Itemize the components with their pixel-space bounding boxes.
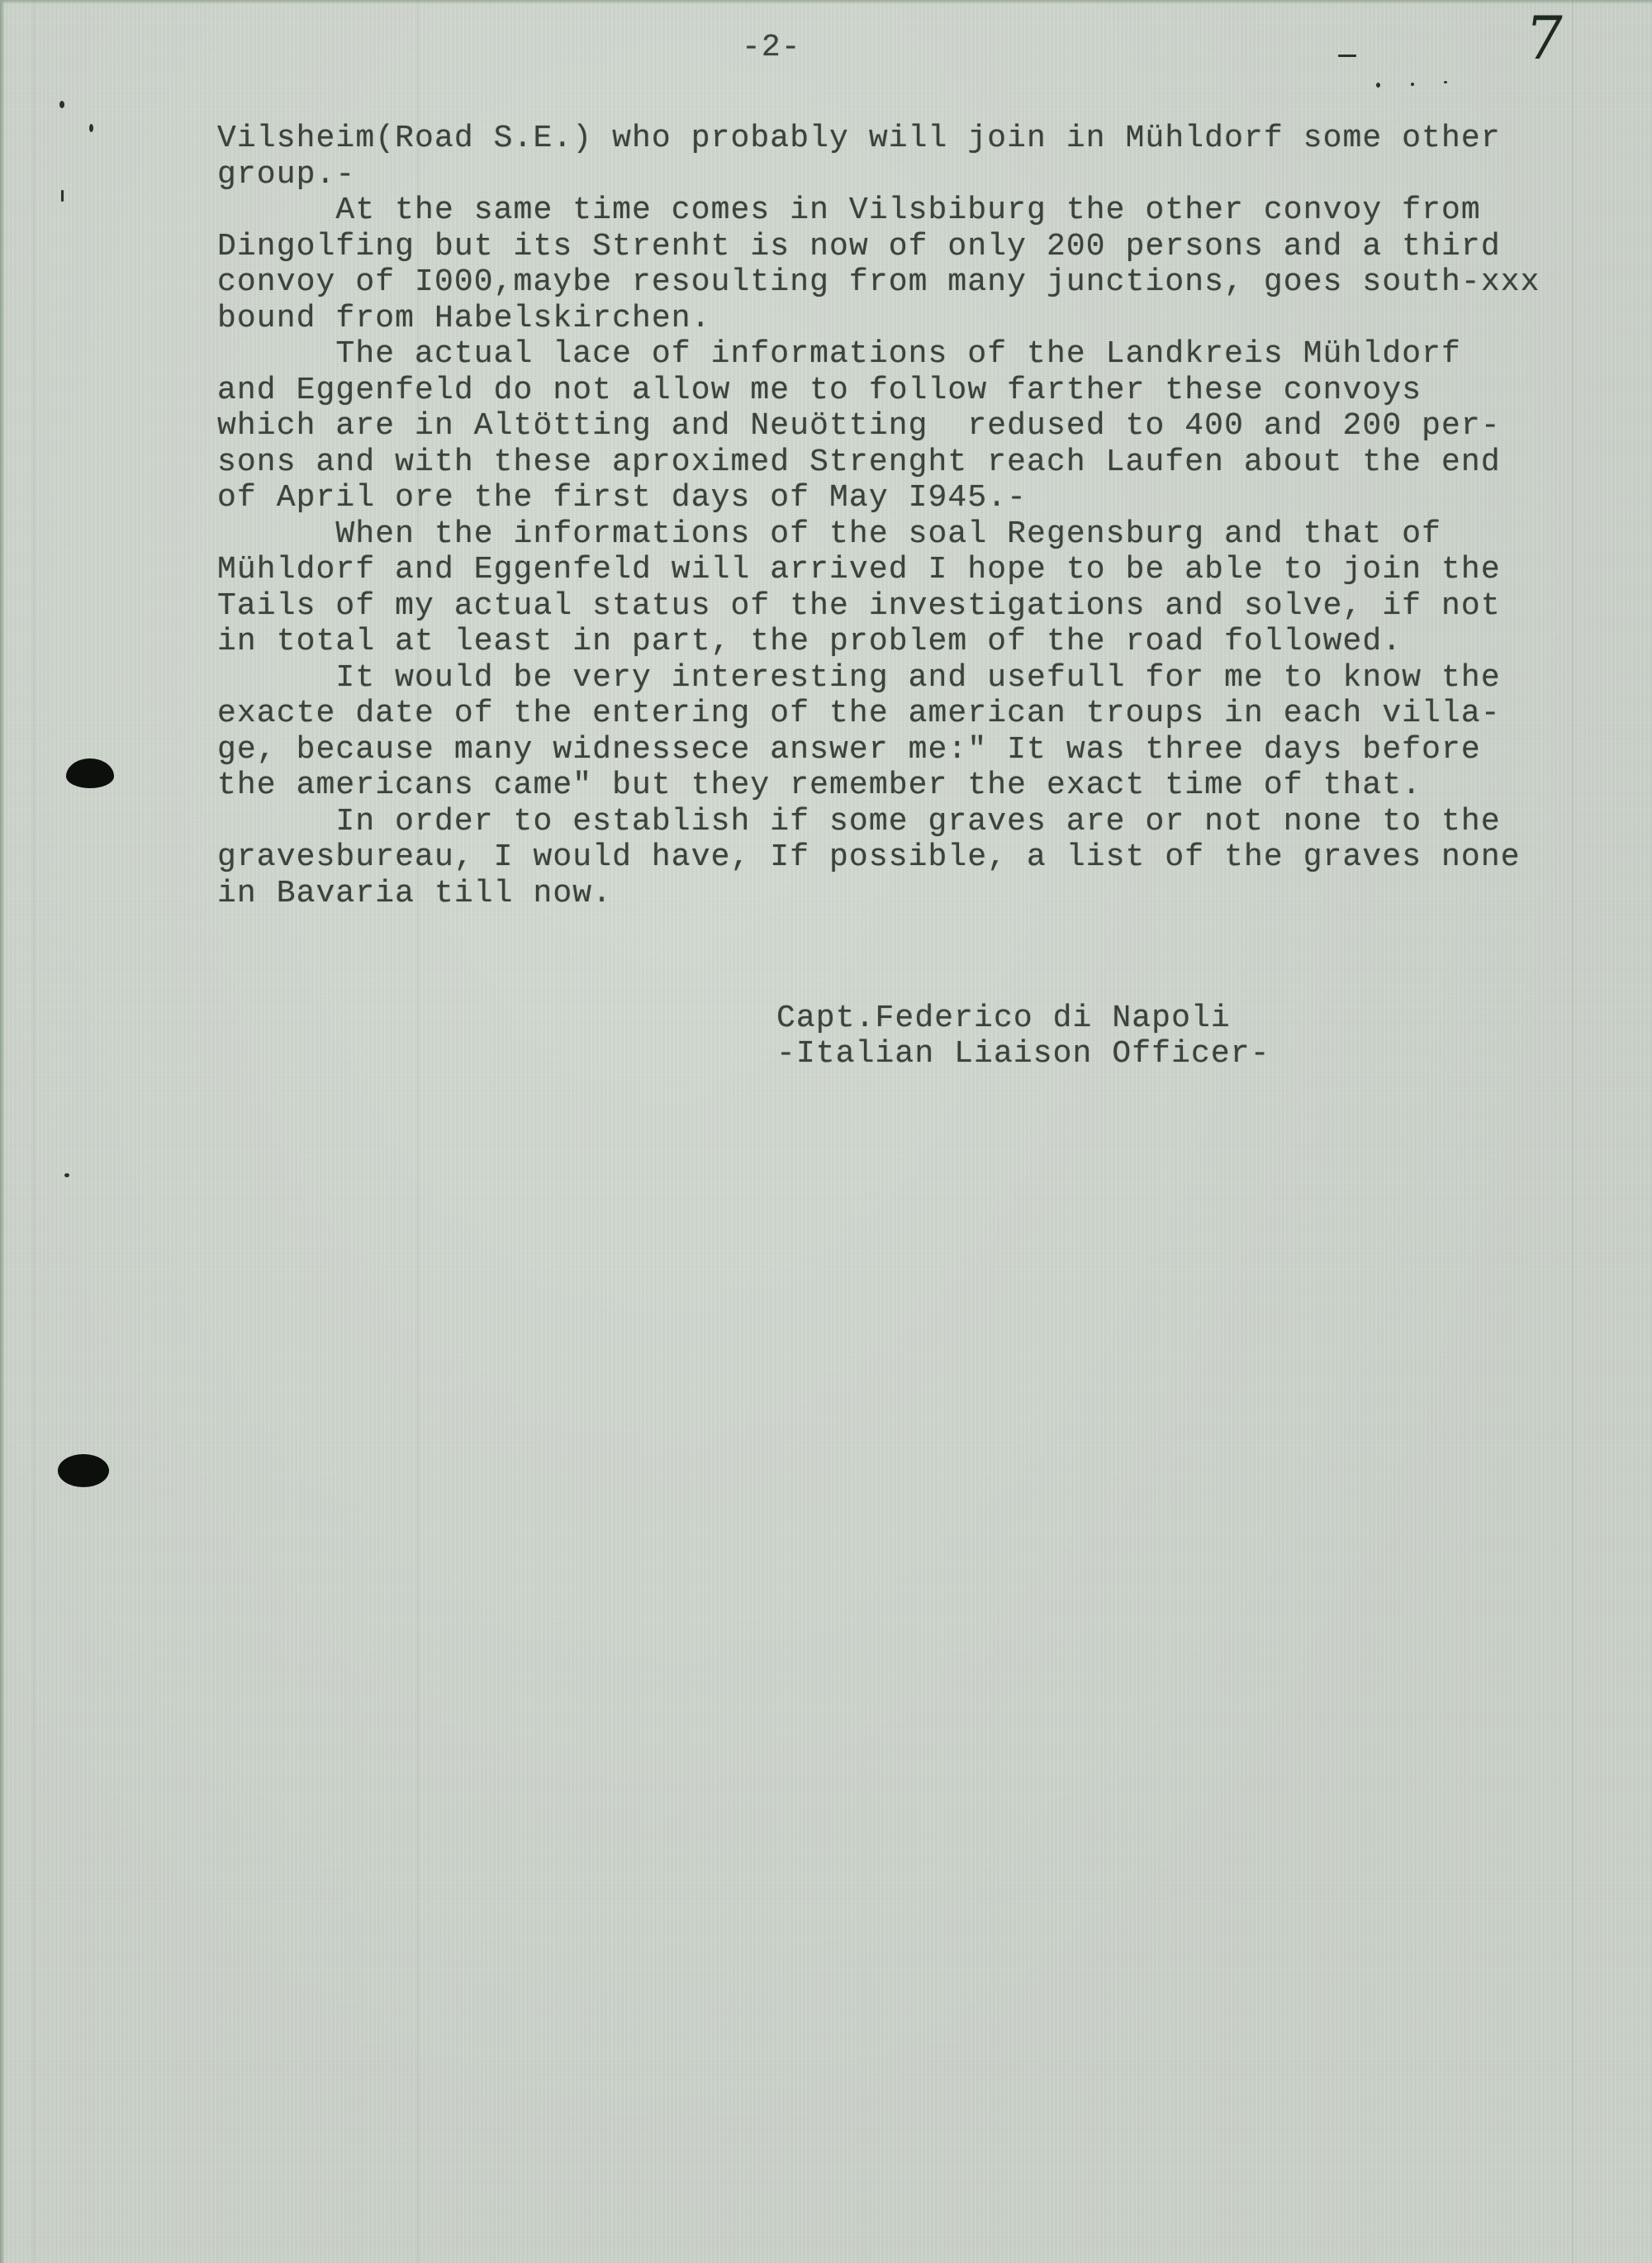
text-line: in Bavaria till now.: [217, 876, 1621, 912]
paragraph: It would be very interesting and usefull…: [217, 660, 1621, 804]
margin-mark: [64, 1173, 69, 1177]
signature-block: Capt.Federico di Napoli -Italian Liaison…: [776, 1001, 1270, 1072]
text-line: Vilsheim(Road S.E.) who probably will jo…: [217, 121, 1621, 157]
text-line: At the same time comes in Vilsbiburg the…: [217, 193, 1621, 229]
text-line: Mühldorf and Eggenfeld will arrived I ho…: [217, 552, 1621, 588]
text-line: of April ore the first days of May I945.…: [217, 480, 1621, 516]
text-line: in total at least in part, the problem o…: [217, 624, 1621, 660]
text-line: ge, because many widnessece answer me:" …: [217, 732, 1621, 768]
paragraph: When the informations of the soal Regens…: [217, 516, 1621, 660]
text-line: The actual lace of informations of the L…: [217, 336, 1621, 373]
text-line: Dingolfing but its Strenht is now of onl…: [217, 229, 1621, 265]
ink-speck: [1411, 83, 1414, 86]
margin-mark: [89, 124, 93, 132]
punch-hole: [58, 1454, 109, 1487]
document-page: -2- 7 Vilsheim(Road S.E.) who probably w…: [0, 0, 1652, 2263]
text-line: It would be very interesting and usefull…: [217, 660, 1621, 696]
paragraph: At the same time comes in Vilsbiburg the…: [217, 193, 1621, 336]
folio-number-handwritten: 7: [1521, 3, 1569, 73]
ink-mark: [1338, 55, 1356, 57]
margin-mark: [61, 190, 64, 202]
text-line: convoy of I000,maybe resoulting from man…: [217, 264, 1621, 301]
ink-speck: [1444, 81, 1447, 83]
text-line: and Eggenfeld do not allow me to follow …: [217, 373, 1621, 409]
margin-mark: [59, 101, 64, 108]
ink-speck: [1376, 83, 1380, 88]
text-line: In order to establish if some graves are…: [217, 804, 1621, 840]
letter-body: Vilsheim(Road S.E.) who probably will jo…: [217, 121, 1621, 911]
punch-hole: [66, 758, 114, 788]
text-line: the americans came" but they remember th…: [217, 768, 1621, 804]
scan-artifact-line: [33, 0, 35, 2263]
text-line: exacte date of the entering of the ameri…: [217, 696, 1621, 732]
paragraph: In order to establish if some graves are…: [217, 804, 1621, 912]
paragraph: The actual lace of informations of the L…: [217, 336, 1621, 516]
text-line: Tails of my actual status of the investi…: [217, 588, 1621, 625]
signature-title: -Italian Liaison Officer-: [776, 1036, 1270, 1072]
page-edge-shadow-top: [0, 0, 1652, 4]
text-line: group.-: [217, 157, 1621, 193]
text-line: bound from Habelskirchen.: [217, 301, 1621, 337]
text-line: which are in Altötting and Neuötting red…: [217, 408, 1621, 445]
page-number: -2-: [742, 30, 801, 65]
text-line: gravesbureau, I would have, If possible,…: [217, 839, 1621, 876]
paragraph: Vilsheim(Road S.E.) who probably will jo…: [217, 121, 1621, 193]
text-line: sons and with these aproximed Strenght r…: [217, 445, 1621, 481]
signature-name: Capt.Federico di Napoli: [776, 1001, 1270, 1036]
page-edge-shadow-left: [0, 0, 5, 2263]
text-line: When the informations of the soal Regens…: [217, 516, 1621, 553]
